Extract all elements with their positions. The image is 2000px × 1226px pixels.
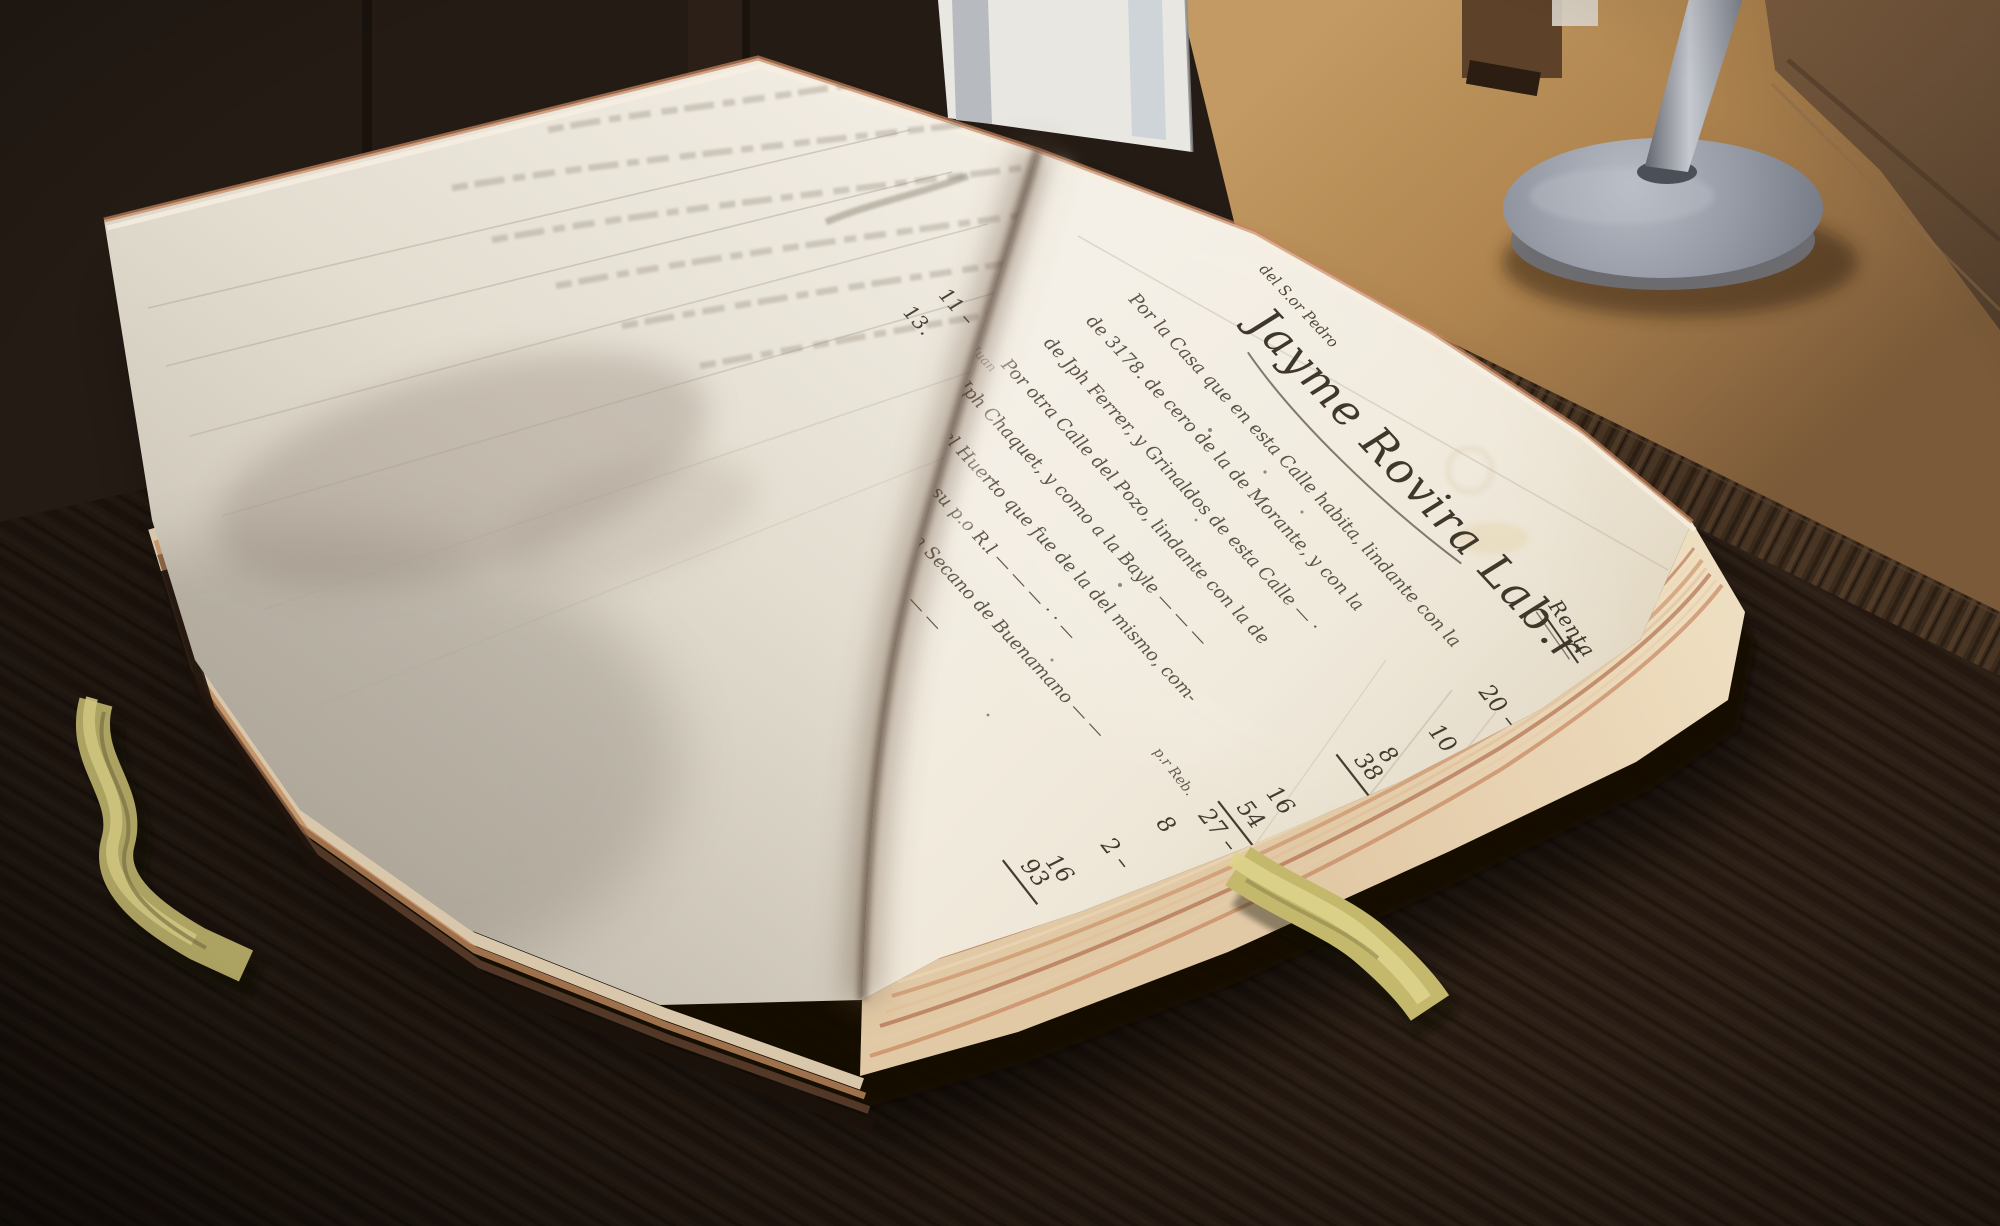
photo-scene: 38 – 5 – 14 – 57 11 – 13. del S.or Pedro…	[0, 0, 2000, 1226]
scene-svg: 38 – 5 – 14 – 57 11 – 13. del S.or Pedro…	[0, 0, 2000, 1226]
photo-vignette	[0, 0, 2000, 1226]
